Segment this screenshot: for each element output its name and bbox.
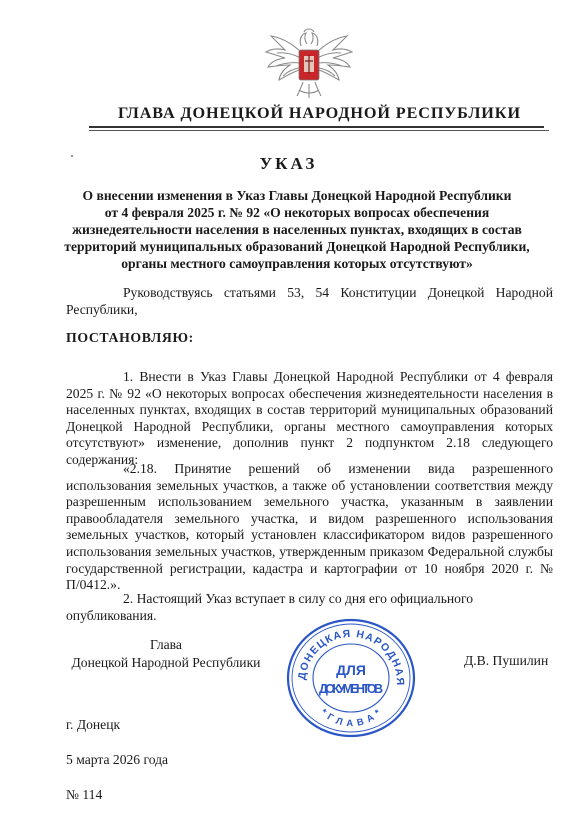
coat-of-arms-icon bbox=[263, 24, 355, 100]
preamble-paragraph: Руководствуясь статьями 53, 54 Конституц… bbox=[66, 285, 553, 318]
stamp-center-line1: ДЛЯ bbox=[336, 662, 366, 678]
decree-heading: ПОСТАНОВЛЯЮ: bbox=[66, 330, 194, 346]
document-date: 5 марта 2026 года bbox=[66, 752, 168, 768]
signatory-title-line1: Глава bbox=[66, 636, 266, 654]
subject-line: от 4 февраля 2025 г. № 92 «О некоторых в… bbox=[62, 204, 532, 221]
subject-line: жизнедеятельности населения в населенных… bbox=[62, 221, 532, 238]
subject-line: территорий муниципальных образований Дон… bbox=[62, 238, 532, 255]
subject-line: О внесении изменения в Указ Главы Донецк… bbox=[62, 187, 532, 204]
document-city: г. Донецк bbox=[66, 717, 120, 733]
paragraph-2-18: «2.18. Принятие решений об изменении вид… bbox=[66, 461, 553, 594]
document-page: ГЛАВА ДОНЕЦКОЙ НАРОДНОЙ РЕСПУБЛИКИ УКАЗ … bbox=[0, 0, 577, 821]
document-type: УКАЗ bbox=[0, 154, 577, 174]
official-stamp-icon: ДОНЕЦКАЯ НАРОДНАЯ РЕСПУБЛИКА * Г Л А В А… bbox=[283, 617, 419, 739]
stamp-bottom-text: * Г Л А В А * bbox=[318, 707, 384, 729]
signatory-name: Д.В. Пушилин bbox=[464, 653, 548, 669]
organization-title: ГЛАВА ДОНЕЦКОЙ НАРОДНОЙ РЕСПУБЛИКИ bbox=[118, 104, 548, 123]
header-divider-thin bbox=[89, 130, 549, 131]
signatory-title: Глава Донецкой Народной Республики bbox=[66, 636, 266, 672]
subject-line: органы местного самоуправления которых о… bbox=[62, 255, 532, 272]
stamp-center-line2: ДОКУМЕНТОВ bbox=[319, 682, 383, 696]
signatory-title-line2: Донецкой Народной Республики bbox=[66, 654, 266, 672]
document-subject: О внесении изменения в Указ Главы Донецк… bbox=[62, 187, 532, 272]
header-divider-thick bbox=[89, 126, 544, 128]
document-number: № 114 bbox=[66, 787, 102, 803]
paragraph-1: 1. Внести в Указ Главы Донецкой Народной… bbox=[66, 369, 553, 469]
svg-text:* Г Л А В А *: * Г Л А В А * bbox=[318, 707, 384, 729]
